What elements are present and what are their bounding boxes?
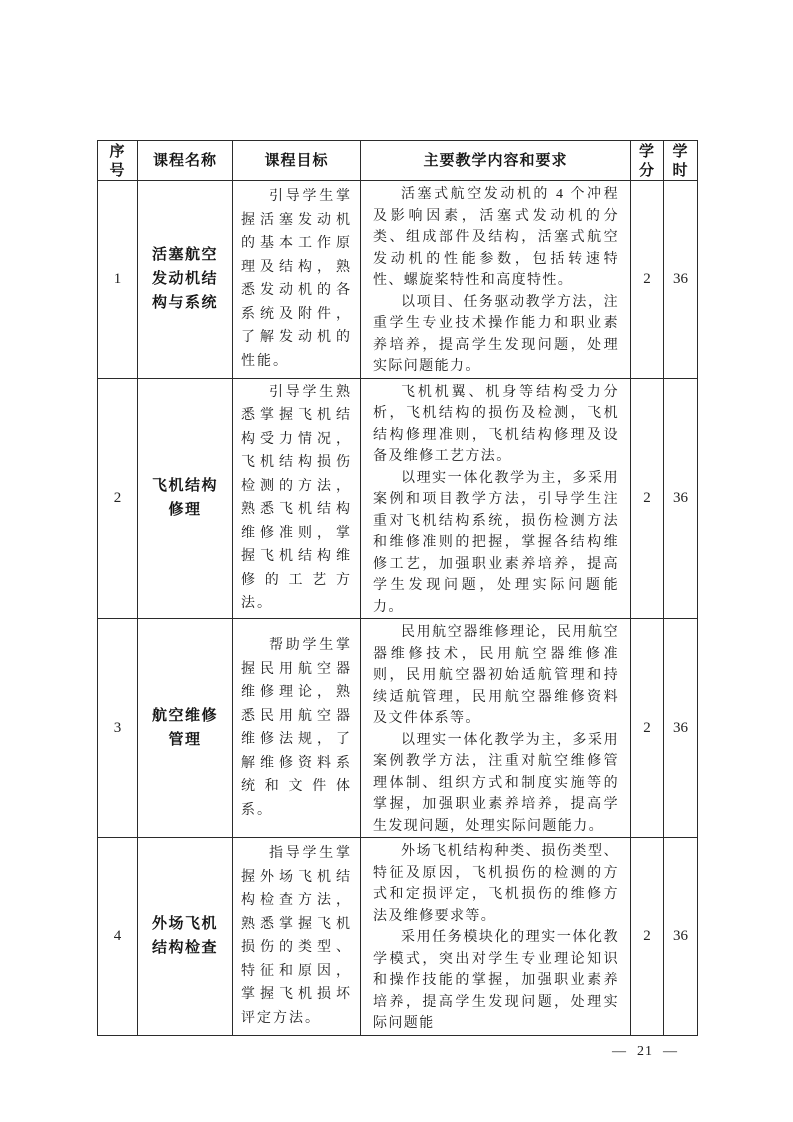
table-row: 1 活塞航空发动机结构与系统 引导学生掌握活塞发动机的基本工作原理及结构，熟悉发…	[98, 181, 698, 379]
row2-main-content: 飞机机翼、机身等结构受力分析，飞机结构的损伤及检测，飞机结构修理准则，飞机结构修…	[361, 378, 631, 619]
table-header-row: 序 号 课程名称 课程目标 主要教学内容和要求 学 分 学 时	[98, 141, 698, 181]
row1-credits: 2	[631, 181, 664, 379]
row1-course-name: 活塞航空发动机结构与系统	[138, 181, 233, 379]
objective-text: 帮助学生掌握民用航空器维修理论，熟悉民用航空器维修法规，了解维修资料系统和文件体…	[241, 634, 352, 822]
row4-course-objective: 指导学生掌握外场飞机结构检查方法，熟悉掌握飞机损伤的类型、特征和原因，掌握飞机损…	[233, 838, 361, 1036]
content-paragraph-2: 以理实一体化教学为主，多采用案例教学方法，注重对航空维修管理体制、组织方式和制度…	[373, 730, 619, 838]
header-course-name: 课程名称	[138, 141, 233, 181]
row2-course-name: 飞机结构修理	[138, 378, 233, 619]
header-serial-number: 序 号	[98, 141, 138, 181]
row3-course-name: 航空维修管理	[138, 619, 233, 838]
page-number-footer: —21—	[585, 1044, 705, 1060]
row3-main-content: 民用航空器维修理论，民用航空器维修技术，民用航空器维修准则，民用航空器初始适航管…	[361, 619, 631, 838]
row2-hours: 36	[664, 378, 698, 619]
row4-credits: 2	[631, 838, 664, 1036]
document-page: 序 号 课程名称 课程目标 主要教学内容和要求 学 分 学 时 1 活塞航空发动…	[0, 0, 793, 1122]
row3-credits: 2	[631, 619, 664, 838]
objective-text: 指导学生掌握外场飞机结构检查方法，熟悉掌握飞机损伤的类型、特征和原因，掌握飞机损…	[241, 842, 352, 1030]
row2-credits: 2	[631, 378, 664, 619]
content-paragraph-1: 活塞式航空发动机的 4 个冲程及影响因素，活塞式发动机的分类、组成部件及结构，活…	[373, 184, 619, 292]
row3-hours: 36	[664, 619, 698, 838]
objective-text: 引导学生掌握活塞发动机的基本工作原理及结构，熟悉发动机的各系统及附件，了解发动机…	[241, 185, 352, 373]
header-hours: 学 时	[664, 141, 698, 181]
row2-course-objective: 引导学生熟悉掌握飞机结构受力情况，飞机结构损伤检测的方法，熟悉飞机结构维修准则，…	[233, 378, 361, 619]
header-main-content: 主要教学内容和要求	[361, 141, 631, 181]
content-paragraph-1: 民用航空器维修理论，民用航空器维修技术，民用航空器维修准则，民用航空器初始适航管…	[373, 622, 619, 730]
page-number-dash-right: —	[653, 1044, 688, 1059]
course-table: 序 号 课程名称 课程目标 主要教学内容和要求 学 分 学 时 1 活塞航空发动…	[97, 140, 698, 1036]
row1-main-content: 活塞式航空发动机的 4 个冲程及影响因素，活塞式发动机的分类、组成部件及结构，活…	[361, 181, 631, 379]
row4-main-content: 外场飞机结构种类、损伤类型、特征及原因，飞机损伤的检测的方式和定损评定，飞机损伤…	[361, 838, 631, 1036]
row4-serial-number: 4	[98, 838, 138, 1036]
row1-course-objective: 引导学生掌握活塞发动机的基本工作原理及结构，熟悉发动机的各系统及附件，了解发动机…	[233, 181, 361, 379]
row1-serial-number: 1	[98, 181, 138, 379]
row4-hours: 36	[664, 838, 698, 1036]
table-row: 3 航空维修管理 帮助学生掌握民用航空器维修理论，熟悉民用航空器维修法规，了解维…	[98, 619, 698, 838]
content-paragraph-1: 外场飞机结构种类、损伤类型、特征及原因，飞机损伤的检测的方式和定损评定，飞机损伤…	[373, 841, 619, 927]
page-number-dash-left: —	[602, 1044, 637, 1059]
content-paragraph-1: 飞机机翼、机身等结构受力分析，飞机结构的损伤及检测，飞机结构修理准则，飞机结构修…	[373, 382, 619, 468]
page-number: 21	[637, 1044, 653, 1059]
row3-course-objective: 帮助学生掌握民用航空器维修理论，熟悉民用航空器维修法规，了解维修资料系统和文件体…	[233, 619, 361, 838]
table-row: 2 飞机结构修理 引导学生熟悉掌握飞机结构受力情况，飞机结构损伤检测的方法，熟悉…	[98, 378, 698, 619]
table-row: 4 外场飞机结构检查 指导学生掌握外场飞机结构检查方法，熟悉掌握飞机损伤的类型、…	[98, 838, 698, 1036]
objective-text: 引导学生熟悉掌握飞机结构受力情况，飞机结构损伤检测的方法，熟悉飞机结构维修准则，…	[241, 381, 352, 616]
content-paragraph-2: 以理实一体化教学为主，多采用案例和项目教学方法，引导学生注重对飞机结构系统，损伤…	[373, 468, 619, 619]
row1-hours: 36	[664, 181, 698, 379]
header-credits: 学 分	[631, 141, 664, 181]
content-paragraph-2: 采用任务模块化的理实一体化教学模式，突出对学生专业理论知识和操作技能的掌握，加强…	[373, 927, 619, 1035]
row3-serial-number: 3	[98, 619, 138, 838]
row2-serial-number: 2	[98, 378, 138, 619]
content-paragraph-2: 以项目、任务驱动教学方法，注重学生专业技术操作能力和职业素养培养，提高学生发现问…	[373, 292, 619, 378]
row4-course-name: 外场飞机结构检查	[138, 838, 233, 1036]
header-course-objective: 课程目标	[233, 141, 361, 181]
